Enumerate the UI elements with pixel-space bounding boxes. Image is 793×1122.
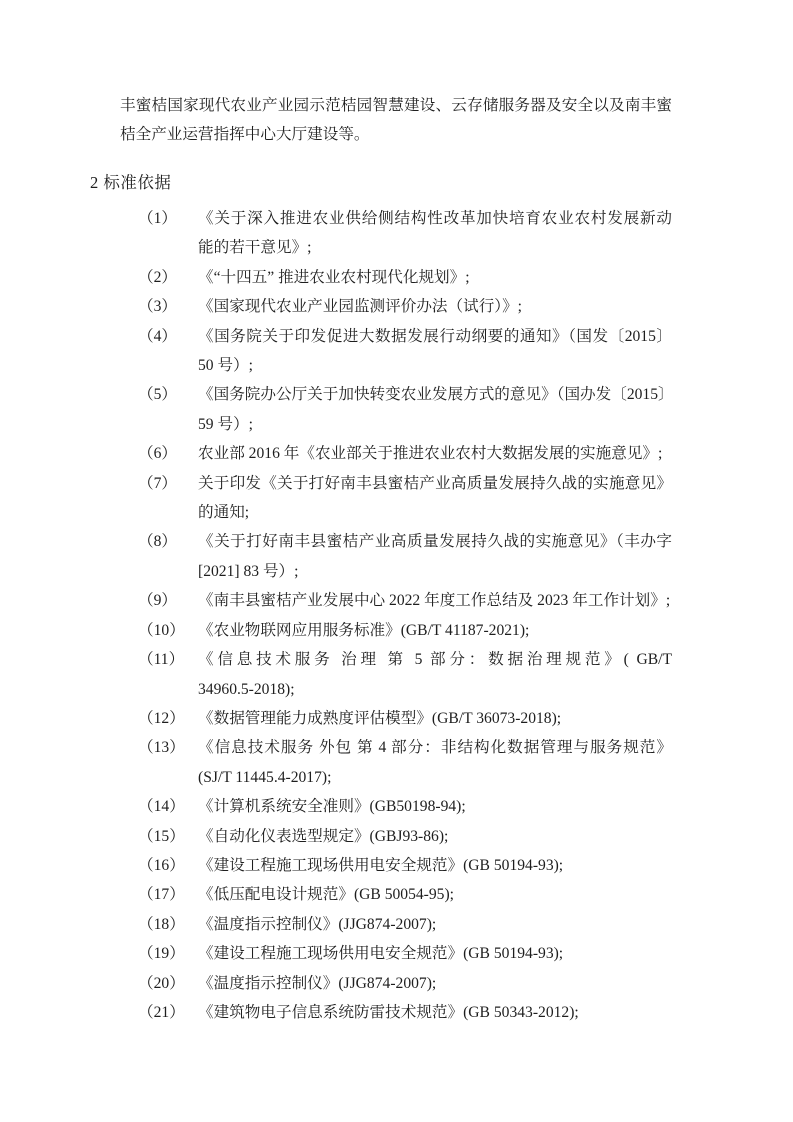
list-item-number: （19） xyxy=(138,939,198,968)
text-line: 《信息技术服务 治理 第 5 部分：数据治理规范》( GB/T xyxy=(198,645,672,674)
list-item: （21）《建筑物电子信息系统防雷技术规范》(GB 50343-2012); xyxy=(138,998,672,1027)
list-item-number: （16） xyxy=(138,851,198,880)
text-line: 能的若干意见》; xyxy=(198,233,672,262)
text-line: 《国务院关于印发促进大数据发展行动纲要的通知》（国发〔2015〕 xyxy=(198,322,672,351)
section-heading: 2 标准依据 xyxy=(90,168,171,198)
list-item-number: （10） xyxy=(138,616,198,645)
text-line: 农业部 2016 年《农业部关于推进农业农村大数据发展的实施意见》; xyxy=(198,439,672,468)
list-item: （6）农业部 2016 年《农业部关于推进农业农村大数据发展的实施意见》; xyxy=(138,439,672,468)
list-item-number: （13） xyxy=(138,733,198,792)
text-line: 《信息技术服务 外包 第 4 部分：非结构化数据管理与服务规范》 xyxy=(198,733,672,762)
list-item-number: （5） xyxy=(138,380,198,439)
text-line: 《建设工程施工现场供用电安全规范》(GB 50194-93); xyxy=(198,939,672,968)
list-item: （18）《温度指示控制仪》(JJG874-2007); xyxy=(138,910,672,939)
list-item-text: 《建筑物电子信息系统防雷技术规范》(GB 50343-2012); xyxy=(198,998,672,1027)
list-item-text: 《关于深入推进农业供给侧结构性改革加快培育农业农村发展新动能的若干意见》; xyxy=(198,204,672,263)
text-line: 《关于深入推进农业供给侧结构性改革加快培育农业农村发展新动 xyxy=(198,204,672,233)
list-item-text: 《自动化仪表选型规定》(GBJ93-86); xyxy=(198,822,672,851)
list-item: （12）《数据管理能力成熟度评估模型》(GB/T 36073-2018); xyxy=(138,704,672,733)
list-item-text: 《关于打好南丰县蜜桔产业高质量发展持久战的实施意见》（丰办字[2021] 83 … xyxy=(198,527,672,586)
text-line: 50 号）; xyxy=(198,351,672,380)
list-item-number: （1） xyxy=(138,204,198,263)
text-line: 《建筑物电子信息系统防雷技术规范》(GB 50343-2012); xyxy=(198,998,672,1027)
text-line: 《温度指示控制仪》(JJG874-2007); xyxy=(198,910,672,939)
list-item-text: 《建设工程施工现场供用电安全规范》(GB 50194-93); xyxy=(198,939,672,968)
text-line: 《关于打好南丰县蜜桔产业高质量发展持久战的实施意见》（丰办字 xyxy=(198,527,672,556)
list-item: （5）《国务院办公厅关于加快转变农业发展方式的意见》（国办发〔2015〕59 号… xyxy=(138,380,672,439)
list-item-text: 关于印发《关于打好南丰县蜜桔产业高质量发展持久战的实施意见》的通知; xyxy=(198,469,672,528)
standards-list: （1）《关于深入推进农业供给侧结构性改革加快培育农业农村发展新动能的若干意见》;… xyxy=(138,204,672,1027)
list-item-text: 《国务院办公厅关于加快转变农业发展方式的意见》（国办发〔2015〕59 号）; xyxy=(198,380,672,439)
list-item-number: （8） xyxy=(138,527,198,586)
list-item: （3）《国家现代农业产业园监测评价办法（试行）》; xyxy=(138,292,672,321)
list-item-text: 《温度指示控制仪》(JJG874-2007); xyxy=(198,910,672,939)
list-item: （10）《农业物联网应用服务标准》(GB/T 41187-2021); xyxy=(138,616,672,645)
text-line: [2021] 83 号）; xyxy=(198,557,672,586)
list-item: （14）《计算机系统安全准则》(GB50198-94); xyxy=(138,792,672,821)
list-item: （7）关于印发《关于打好南丰县蜜桔产业高质量发展持久战的实施意见》的通知; xyxy=(138,469,672,528)
text-line: 关于印发《关于打好南丰县蜜桔产业高质量发展持久战的实施意见》 xyxy=(198,469,672,498)
list-item: （9）《南丰县蜜桔产业发展中心 2022 年度工作总结及 2023 年工作计划》… xyxy=(138,586,672,615)
text-line: 《农业物联网应用服务标准》(GB/T 41187-2021); xyxy=(198,616,672,645)
list-item-number: （3） xyxy=(138,292,198,321)
list-item-text: 《信息技术服务 外包 第 4 部分：非结构化数据管理与服务规范》(SJ/T 11… xyxy=(198,733,672,792)
list-item: （19）《建设工程施工现场供用电安全规范》(GB 50194-93); xyxy=(138,939,672,968)
text-line: 《数据管理能力成熟度评估模型》(GB/T 36073-2018); xyxy=(198,704,672,733)
text-line: 《建设工程施工现场供用电安全规范》(GB 50194-93); xyxy=(198,851,672,880)
list-item-number: （2） xyxy=(138,263,198,292)
text-line: 《温度指示控制仪》(JJG874-2007); xyxy=(198,969,672,998)
text-line: 《国家现代农业产业园监测评价办法（试行）》; xyxy=(198,292,672,321)
list-item: （1）《关于深入推进农业供给侧结构性改革加快培育农业农村发展新动能的若干意见》; xyxy=(138,204,672,263)
text-line: 的通知; xyxy=(198,498,672,527)
text-line: 《计算机系统安全准则》(GB50198-94); xyxy=(198,792,672,821)
intro-paragraph: 丰蜜桔国家现代农业产业园示范桔园智慧建设、云存储服务器及安全以及南丰蜜桔全产业运… xyxy=(120,91,672,150)
list-item-number: （18） xyxy=(138,910,198,939)
list-item-number: （6） xyxy=(138,439,198,468)
list-item-number: （17） xyxy=(138,880,198,909)
text-line: 59 号）; xyxy=(198,410,672,439)
text-line: 《南丰县蜜桔产业发展中心 2022 年度工作总结及 2023 年工作计划》; xyxy=(198,586,672,615)
text-line: 《自动化仪表选型规定》(GBJ93-86); xyxy=(198,822,672,851)
text-line: 《“十四五” 推进农业农村现代化规划》; xyxy=(198,263,672,292)
list-item-text: 《信息技术服务 治理 第 5 部分：数据治理规范》( GB/T34960.5-2… xyxy=(198,645,672,704)
text-line: 《低压配电设计规范》(GB 50054-95); xyxy=(198,880,672,909)
list-item-number: （20） xyxy=(138,969,198,998)
list-item-number: （7） xyxy=(138,469,198,528)
list-item-text: 《“十四五” 推进农业农村现代化规划》; xyxy=(198,263,672,292)
list-item-text: 《计算机系统安全准则》(GB50198-94); xyxy=(198,792,672,821)
list-item-text: 《温度指示控制仪》(JJG874-2007); xyxy=(198,969,672,998)
text-line: (SJ/T 11445.4-2017); xyxy=(198,763,672,792)
list-item: （8）《关于打好南丰县蜜桔产业高质量发展持久战的实施意见》（丰办字[2021] … xyxy=(138,527,672,586)
list-item-number: （12） xyxy=(138,704,198,733)
text-line: 桔全产业运营指挥中心大厅建设等。 xyxy=(120,120,672,149)
list-item: （15）《自动化仪表选型规定》(GBJ93-86); xyxy=(138,822,672,851)
text-line: 丰蜜桔国家现代农业产业园示范桔园智慧建设、云存储服务器及安全以及南丰蜜 xyxy=(120,91,672,120)
list-item-text: 《国家现代农业产业园监测评价办法（试行）》; xyxy=(198,292,672,321)
list-item-number: （21） xyxy=(138,998,198,1027)
list-item-number: （9） xyxy=(138,586,198,615)
list-item: （17）《低压配电设计规范》(GB 50054-95); xyxy=(138,880,672,909)
list-item: （20）《温度指示控制仪》(JJG874-2007); xyxy=(138,969,672,998)
list-item-text: 《南丰县蜜桔产业发展中心 2022 年度工作总结及 2023 年工作计划》; xyxy=(198,586,672,615)
list-item-text: 《国务院关于印发促进大数据发展行动纲要的通知》（国发〔2015〕50 号）; xyxy=(198,322,672,381)
list-item: （11）《信息技术服务 治理 第 5 部分：数据治理规范》( GB/T34960… xyxy=(138,645,672,704)
list-item: （13）《信息技术服务 外包 第 4 部分：非结构化数据管理与服务规范》(SJ/… xyxy=(138,733,672,792)
list-item: （16）《建设工程施工现场供用电安全规范》(GB 50194-93); xyxy=(138,851,672,880)
list-item-number: （14） xyxy=(138,792,198,821)
text-line: 34960.5-2018); xyxy=(198,675,672,704)
list-item-number: （4） xyxy=(138,322,198,381)
text-line: 《国务院办公厅关于加快转变农业发展方式的意见》（国办发〔2015〕 xyxy=(198,380,672,409)
list-item: （2）《“十四五” 推进农业农村现代化规划》; xyxy=(138,263,672,292)
list-item-text: 《建设工程施工现场供用电安全规范》(GB 50194-93); xyxy=(198,851,672,880)
list-item-number: （11） xyxy=(138,645,198,704)
list-item-number: （15） xyxy=(138,822,198,851)
list-item-text: 《农业物联网应用服务标准》(GB/T 41187-2021); xyxy=(198,616,672,645)
document-page: 丰蜜桔国家现代农业产业园示范桔园智慧建设、云存储服务器及安全以及南丰蜜桔全产业运… xyxy=(0,0,793,1122)
list-item: （4）《国务院关于印发促进大数据发展行动纲要的通知》（国发〔2015〕50 号）… xyxy=(138,322,672,381)
list-item-text: 《数据管理能力成熟度评估模型》(GB/T 36073-2018); xyxy=(198,704,672,733)
list-item-text: 农业部 2016 年《农业部关于推进农业农村大数据发展的实施意见》; xyxy=(198,439,672,468)
list-item-text: 《低压配电设计规范》(GB 50054-95); xyxy=(198,880,672,909)
